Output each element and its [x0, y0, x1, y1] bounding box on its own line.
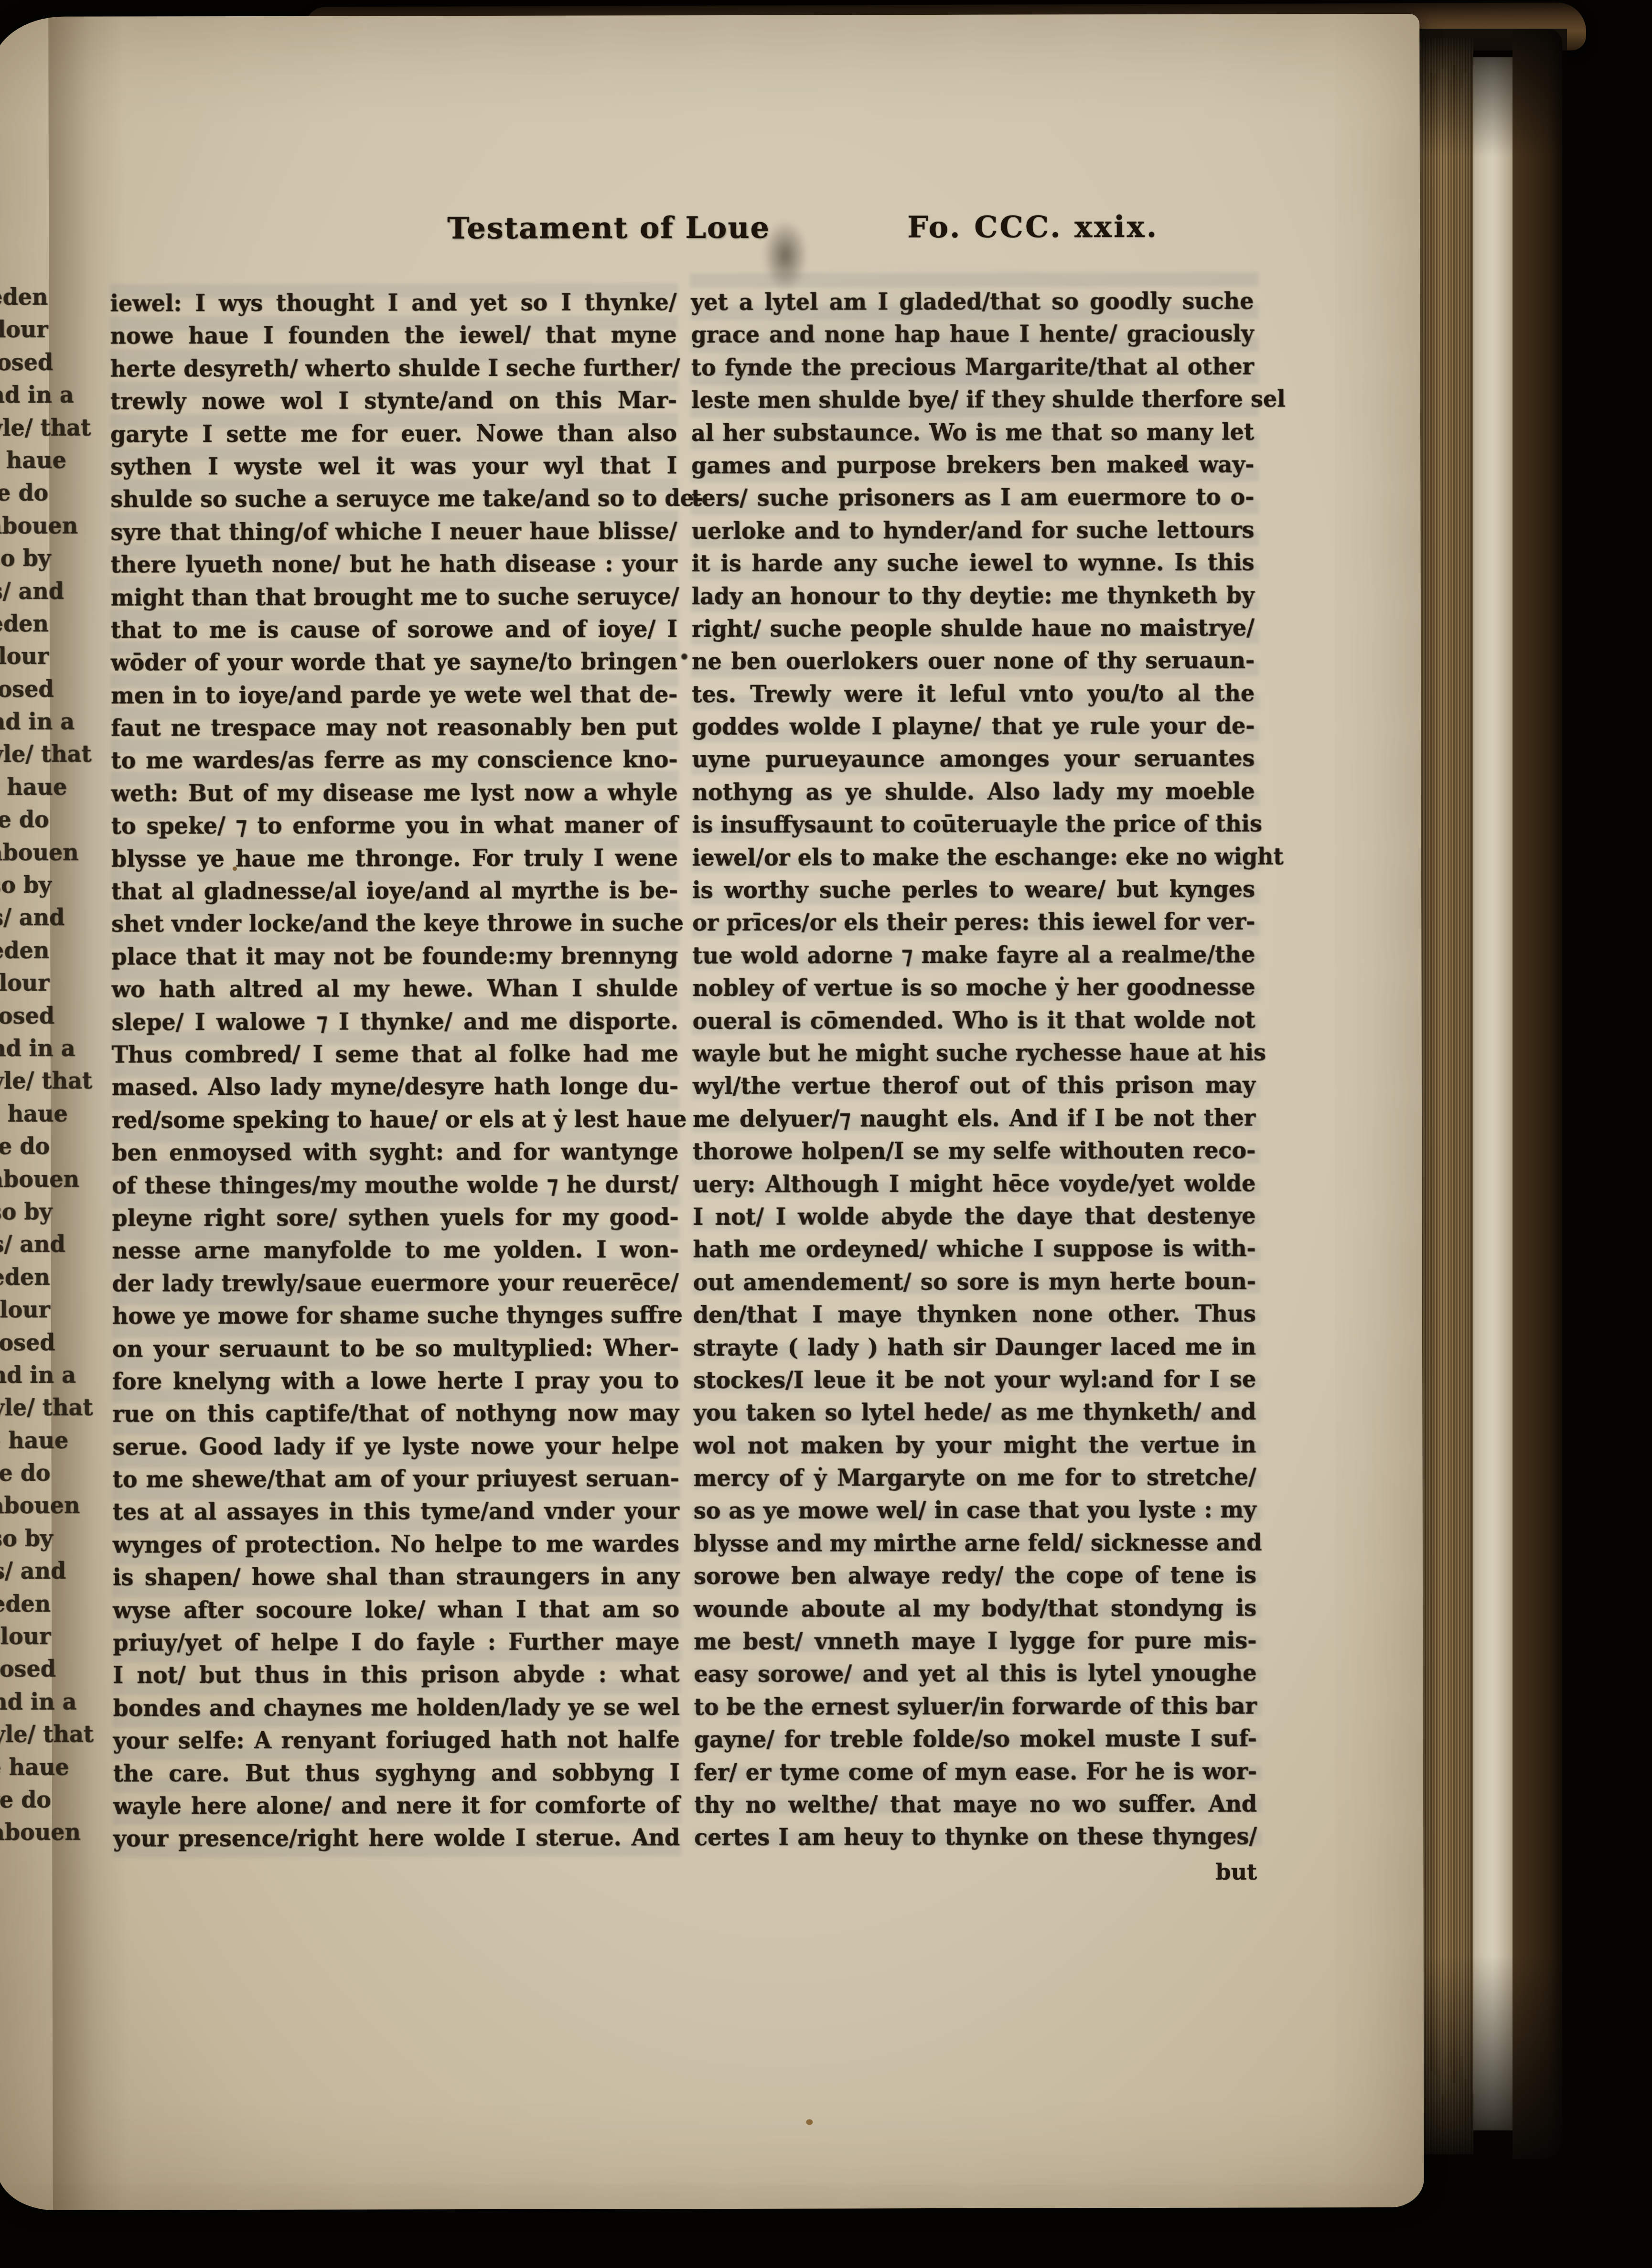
- text-line: tes at al assayes in this tyme/and vnder…: [113, 1494, 679, 1530]
- text-line: stockes/I leue it be not your wyl:and fo…: [693, 1361, 1256, 1397]
- fragment-line: gely and in a: [0, 1031, 50, 1066]
- text-line: the care. But thus syghyng and sobbyng I: [113, 1755, 680, 1791]
- foxing-speck: [233, 867, 237, 871]
- text-line: uerloke and to hynder/and for suche lett…: [691, 512, 1254, 548]
- text-line: tue wold adorne ⁊ make fayre al a realme…: [692, 937, 1255, 973]
- fragment-line: p nowe do: [0, 475, 48, 510]
- text-line: syre that thing/of whiche I neuer haue b…: [110, 514, 677, 549]
- text-line: grace and none hap haue I hente/ graciou…: [691, 316, 1254, 352]
- text-line: or prīces/or els their peres: this iewel…: [692, 904, 1255, 940]
- fragment-line: nowe abouen: [0, 508, 49, 543]
- text-line: nothyng as ye shulde. Also lady my moebl…: [692, 773, 1255, 809]
- text-line: fore knelyng with a lowe herte I pray yo…: [112, 1363, 679, 1399]
- text-line: men in to ioye/and parde ye wete wel tha…: [111, 677, 677, 713]
- folio-number: Fo. CCC. xxix.: [907, 209, 1242, 245]
- text-line: wyse after socoure loke/ whan I that am …: [113, 1592, 679, 1627]
- text-line: place that it may not be founde:my brenn…: [111, 938, 678, 974]
- fragment-line: s assayle/ that: [0, 1063, 50, 1098]
- text-line: it is harde any suche iewel to wynne. Is…: [692, 545, 1255, 581]
- text-line: nesse arne manyfolde to me yolden. I won…: [112, 1232, 679, 1268]
- text-line: wynges of protection. No helpe to me war…: [113, 1526, 679, 1562]
- text-line: ters/ suche prisoners as I am euermore t…: [691, 480, 1254, 515]
- fragment-line: s semeden: [0, 1586, 51, 1621]
- text-line: al her substaunce. Wo is me that so many…: [691, 414, 1254, 450]
- text-line: there lyueth none/ but he hath disease :…: [111, 546, 677, 582]
- text-line: leste men shulde bye/ if they shulde the…: [691, 382, 1254, 417]
- text-line: shulde so suche a seruyce me take/and so…: [110, 481, 677, 516]
- text-line: to be the ernest syluer/in forwarde of t…: [694, 1688, 1257, 1724]
- text-line: red/some speking to haue/ or els at ẏ le…: [112, 1102, 678, 1137]
- text-line: den/that I maye thynken none other. Thus: [693, 1296, 1256, 1332]
- text-line: strayte ( lady ) hath sir Daunger laced …: [693, 1329, 1256, 1365]
- text-line: blysse ye haue me thronge. For truly I w…: [111, 840, 678, 876]
- fragment-line: . And so by: [0, 867, 49, 902]
- fragment-line: p nowe do: [0, 1455, 51, 1490]
- photograph-of-book-opening: { "page": { "header": { "title": "Testam…: [0, 0, 1652, 2268]
- fragment-line: s assayle/ that: [0, 737, 49, 771]
- text-line: iewel: I wys thought I and yet so I thyn…: [110, 285, 676, 321]
- fragment-line: nowe abouen: [0, 1161, 50, 1196]
- text-line: that to me is cause of sorowe and of ioy…: [111, 611, 677, 647]
- text-line: uyne purueyaunce amonges your seruantes: [692, 741, 1255, 777]
- fragment-line: gely and in a: [0, 1358, 50, 1392]
- text-line: you taken so lytel hede/ as me thynketh/…: [693, 1394, 1256, 1430]
- fragment-line: shulde haue: [0, 443, 48, 478]
- foxing-speck: [1178, 463, 1182, 468]
- text-line: shet vnder locke/and the keye throwe in …: [111, 906, 678, 941]
- text-line: weth: But of my disease me lyst now a wh…: [111, 775, 678, 811]
- fragment-line: p nowe do: [0, 1782, 51, 1817]
- fragment-line: uely closed: [0, 1651, 51, 1686]
- text-line: slepe/ I walowe ⁊ I thynke/ and me dispo…: [112, 1004, 678, 1039]
- text-line: that al gladnesse/al ioye/and al myrthe …: [111, 873, 678, 909]
- text-line: your selfe: A renyant foriuged hath not …: [113, 1722, 680, 1758]
- text-line: games and purpose brekers ben maked way-: [691, 447, 1254, 483]
- fragment-line: tormes/ and: [0, 573, 49, 608]
- text-column-left: iewel: I wys thought I and yet so I thyn…: [110, 286, 680, 1855]
- text-line: iewel/or els to make the eschange: eke n…: [692, 839, 1255, 875]
- fragment-line: s semeden: [0, 279, 48, 314]
- text-line: thorowe holpen/I se my selfe withouten r…: [693, 1133, 1255, 1169]
- text-line: mased. Also lady myne/desyre hath longe …: [112, 1069, 678, 1104]
- text-line: out amendement/ so sore is myn herte bou…: [693, 1263, 1256, 1299]
- text-line: of these thinges/my mouthe wolde ⁊ he du…: [112, 1167, 678, 1203]
- fragment-line: shulde haue: [0, 1096, 50, 1131]
- text-line: herte desyreth/ wherto shulde I seche fu…: [110, 350, 677, 386]
- fragment-line: . And so by: [0, 541, 49, 576]
- book-page: s semedender colouruely closedgely and i…: [0, 14, 1424, 2210]
- text-line: is insuffysaunt to coūteruayle the price…: [692, 806, 1255, 842]
- fragment-line: nowe abouen: [0, 834, 49, 869]
- fragment-line: der colour: [0, 639, 49, 674]
- fragment-line: der colour: [0, 1619, 51, 1654]
- running-title: Testament of Loue: [398, 210, 819, 246]
- endpaper-strip: [1473, 57, 1513, 2130]
- text-line: der lady trewly/saue euermore your reuer…: [112, 1265, 679, 1301]
- fragment-line: nowe abouen: [0, 1815, 51, 1850]
- text-line: sorowe ben alwaye redy/ the cope of tene…: [694, 1558, 1256, 1594]
- fragment-line: p nowe do: [0, 802, 49, 837]
- text-line: on your seruaunt to be so multyplied: Wh…: [112, 1330, 679, 1366]
- text-line: me best/ vnneth maye I lygge for pure mi…: [694, 1623, 1256, 1659]
- leather-binding-side: [1513, 29, 1562, 2159]
- text-line: your presence/right here wolde I sterue.…: [113, 1820, 680, 1856]
- fragment-line: . And so by: [0, 1194, 50, 1229]
- fragment-line: s assayle/ that: [0, 410, 48, 445]
- text-line: so as ye mowe wel/ in case that you lyst…: [694, 1492, 1256, 1528]
- ink-blot: [762, 220, 808, 291]
- fragment-line: gely and in a: [0, 704, 49, 739]
- text-line: to fynde the precious Margarite/that al …: [691, 349, 1254, 385]
- text-line: wayle but he might suche rychesse haue a…: [693, 1035, 1255, 1071]
- text-line: right/ suche people shulde haue no maist…: [692, 610, 1255, 646]
- text-line: to speke/ ⁊ to enforme you in what maner…: [111, 807, 678, 843]
- text-line: ben enmoysed with syght: and for wantyng…: [112, 1134, 678, 1170]
- fragment-line: der colour: [0, 965, 50, 1000]
- text-line: to me shewe/that am of your priuyest ser…: [113, 1461, 679, 1497]
- fragment-line: gely and in a: [0, 377, 48, 412]
- text-line: trewly nowe wol I stynte/and on this Mar…: [110, 383, 677, 418]
- margin-ink-dot: [681, 653, 687, 660]
- text-line: easy sorowe/ and yet al this is lytel yn…: [694, 1656, 1256, 1691]
- fragment-line: s semeden: [0, 933, 49, 968]
- fragment-line: s semeden: [0, 1260, 50, 1294]
- fragment-line: p nowe do: [0, 1129, 50, 1164]
- fragment-line: der colour: [0, 1292, 50, 1327]
- text-line: me delyuer/⁊ naught els. And if I be not…: [693, 1100, 1255, 1136]
- fragment-line: s assayle/ that: [0, 1390, 50, 1425]
- text-line: certes I am heuy to thynke on these thyn…: [694, 1819, 1257, 1855]
- fragment-line: tormes/ and: [0, 1553, 51, 1588]
- text-line: I not/ I wolde abyde the daye that deste…: [693, 1198, 1255, 1234]
- fragment-line: der colour: [0, 312, 48, 347]
- text-line: faut ne trespace may not reasonably ben …: [111, 709, 677, 745]
- fragment-line: shulde haue: [0, 1749, 51, 1784]
- fragment-line: gely and in a: [0, 1684, 51, 1719]
- fragment-line: s assayle/ that: [0, 1717, 51, 1752]
- text-line: sythen I wyste wel it was your wyl that …: [110, 448, 677, 484]
- text-line: serue. Good lady if ye lyste nowe your h…: [112, 1428, 679, 1464]
- text-line: bondes and chaynes me holden/lady ye se …: [113, 1690, 680, 1725]
- text-line: mercy of ẏ Margaryte on me for to stretc…: [694, 1460, 1256, 1496]
- text-line: to me wardes/as ferre as my conscience k…: [111, 742, 677, 778]
- text-column-right: yet a lytel am I gladed/that so goodly s…: [691, 285, 1257, 1854]
- catchword: but: [1104, 1859, 1257, 1885]
- text-line: Thus combred/ I seme that al folke had m…: [112, 1036, 678, 1072]
- text-line: wōder of your worde that ye sayne/to bri…: [111, 644, 677, 680]
- text-line: yet a lytel am I gladed/that so goodly s…: [691, 284, 1254, 320]
- fragment-line: uely closed: [0, 998, 50, 1033]
- text-line: nowe haue I founden the iewel/ that myne: [110, 317, 677, 353]
- text-line: howe ye mowe for shame suche thynges suf…: [112, 1297, 679, 1333]
- text-line: ne ben ouerlokers ouer none of thy serua…: [692, 643, 1255, 679]
- text-line: nobley of vertue is so moche ẏ her goodn…: [692, 970, 1255, 1006]
- text-line: uery: Although I might hēce voyde/yet wo…: [693, 1166, 1255, 1201]
- text-line: lady an honour to thy deytie: me thynket…: [692, 578, 1255, 613]
- text-line: wyl/the vertue therof out of this prison…: [693, 1068, 1255, 1103]
- text-line: tes. Trewly were it leful vnto you/to al…: [692, 675, 1255, 711]
- fragment-line: tormes/ and: [0, 900, 49, 935]
- text-line: blysse and my mirthe arne feld/ sickness…: [694, 1525, 1256, 1561]
- fragment-line: tormes/ and: [0, 1227, 50, 1262]
- fragment-line: uely closed: [0, 345, 48, 380]
- text-line: priuy/yet of helpe I do fayle : Further …: [113, 1624, 679, 1660]
- text-line: wo hath altred al my hewe. Whan I shulde: [111, 971, 678, 1006]
- text-line: wayle here alone/ and nere it for comfor…: [113, 1787, 680, 1823]
- text-line: rue on this captife/that of nothyng now …: [112, 1395, 679, 1431]
- text-line: garyte I sette me for euer. Nowe than al…: [110, 416, 677, 451]
- fragment-line: . And so by: [0, 1521, 51, 1556]
- fragment-line: nowe abouen: [0, 1488, 51, 1523]
- text-line: pleyne right sore/ sythen yuels for my g…: [112, 1199, 678, 1235]
- text-line: thy no welthe/ that maye no wo suffer. A…: [694, 1787, 1257, 1822]
- text-line: wounde aboute al my body/that stondyng i…: [694, 1590, 1256, 1626]
- fragment-line: uely closed: [0, 1325, 50, 1359]
- fragment-line: uely closed: [0, 672, 49, 706]
- text-line: wol not maken by your might the vertue i…: [693, 1427, 1256, 1463]
- text-line: oueral is cōmended. Who is it that wolde…: [693, 1002, 1255, 1038]
- fragment-line: shulde haue: [0, 1423, 51, 1458]
- text-line: I not/ but thus in this prison abyde : w…: [113, 1657, 679, 1692]
- text-line: gayne/ for treble folde/so mokel muste I…: [694, 1721, 1257, 1757]
- text-line: hath me ordeyned/ whiche I suppose is wi…: [693, 1231, 1256, 1267]
- text-line: is worthy suche perles to weare/ but kyn…: [692, 872, 1255, 908]
- text-line: is shapen/ howe shal than straungers in …: [113, 1559, 679, 1594]
- text-line: might than that brought me to suche seru…: [111, 579, 677, 615]
- foxing-speck: [806, 2119, 813, 2125]
- fragment-line: shulde haue: [0, 770, 49, 804]
- facing-page-text-fragments: s semedender colouruely closedgely and i…: [0, 280, 51, 1849]
- fragment-line: s semeden: [0, 606, 49, 641]
- text-line: goddes wolde I playne/ that ye rule your…: [692, 708, 1255, 744]
- text-line: fer/ er tyme come of myn ease. For he is…: [694, 1754, 1257, 1789]
